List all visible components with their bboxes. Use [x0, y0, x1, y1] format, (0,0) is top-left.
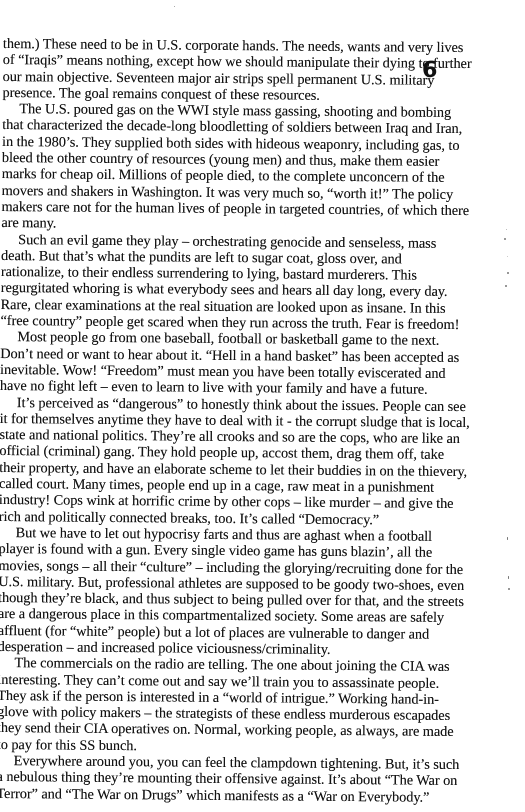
scan-speck — [506, 229, 507, 230]
scan-speck — [174, 6, 175, 7]
scan-speck — [508, 576, 509, 579]
scan-speck — [507, 256, 508, 257]
scan-speck — [508, 588, 510, 590]
scan-speck — [505, 285, 507, 287]
handwritten-page-number: 6 — [421, 57, 438, 83]
document-page: them.) These need to be in U.S. corporat… — [0, 0, 525, 812]
scan-speck — [504, 238, 506, 240]
scan-speck — [507, 272, 509, 274]
scan-speck — [507, 537, 508, 540]
document-body-text: them.) These need to be in U.S. corporat… — [0, 36, 443, 806]
text-line: Terror” and “The War on Drugs” which man… — [0, 786, 436, 806]
